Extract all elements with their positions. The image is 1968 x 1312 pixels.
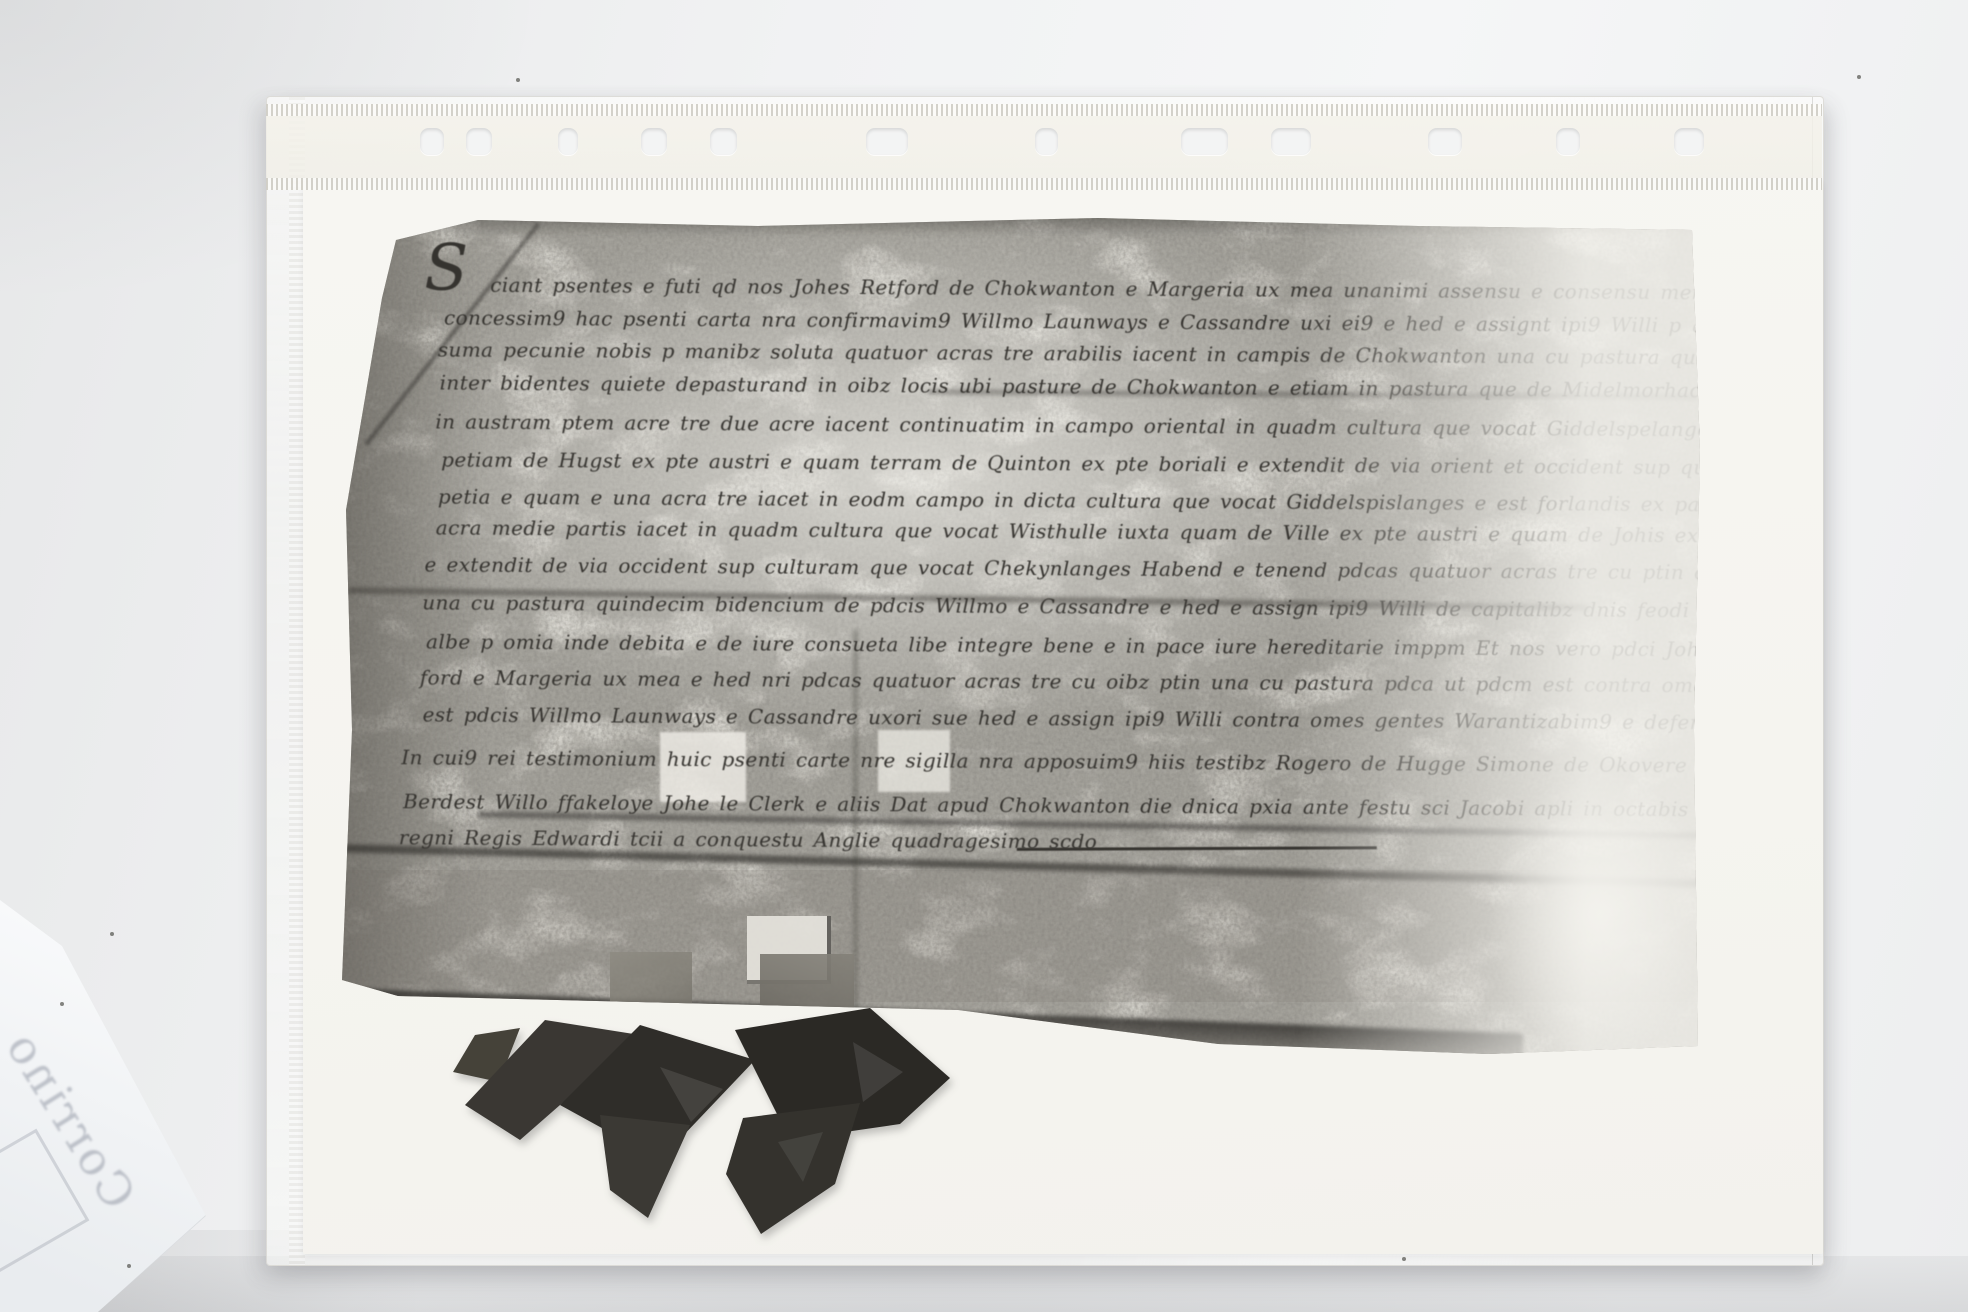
punch-hole	[558, 128, 578, 155]
photostat-photo: S ciant psentes e futi qd nos Johes Retf…	[303, 182, 1823, 1254]
text-line: concessim9 hac psenti carta nra confirma…	[444, 305, 1775, 337]
text-line: albe p omia inde debita e de iure consue…	[426, 629, 1769, 661]
text-line: e extendit de via occident sup culturam …	[424, 552, 1756, 584]
dust-speck	[1857, 75, 1861, 79]
text-line: regni Regis Edwardi tcii a conquestu Ang…	[399, 825, 1097, 853]
text-line: petia e quam e una acra tre iacet in eod…	[438, 484, 1830, 517]
weld-seam-bottom	[266, 178, 1822, 190]
text-line: est pdcis Willmo Launways e Cassandre ux…	[423, 702, 1761, 734]
illuminated-initial: S	[424, 236, 468, 300]
text-line: ciant psentes e futi qd nos Johes Retfor…	[490, 273, 1786, 305]
punch-hole	[641, 128, 667, 155]
text-line: inter bidentes quiete depasturand in oib…	[440, 370, 1724, 402]
punch-hole	[1271, 128, 1311, 155]
charter-image: S ciant psentes e futi qd nos Johes Retf…	[338, 210, 1710, 1090]
punch-hole	[1181, 128, 1228, 155]
line-filler-stroke	[1017, 846, 1377, 851]
dust-speck	[127, 1264, 131, 1268]
punch-hole	[866, 128, 908, 155]
seal-tag-left	[453, 1020, 755, 1218]
dust-speck	[516, 78, 520, 82]
punch-hole	[1556, 128, 1580, 155]
photograph-of-document: Corrino	[0, 0, 1968, 1312]
text-line: petiam de Hugst ex pte austri e quam ter…	[441, 447, 1798, 479]
seal-tags	[423, 972, 983, 1242]
punch-hole	[466, 128, 492, 155]
punch-hole	[710, 128, 737, 155]
punch-hole	[1428, 128, 1462, 155]
text-line: acra medie partis iacet in quadm cultura…	[436, 515, 1821, 547]
text-line: suma pecunie nobis p manibz soluta quatu…	[438, 337, 1780, 369]
dust-speck	[1402, 1257, 1406, 1261]
dust-speck	[60, 1002, 64, 1006]
text-line: una cu pastura quindecim bidencium de pd…	[422, 590, 1689, 622]
text-line: ford e Margeria ux mea e hed nri pdcas q…	[420, 665, 1717, 697]
dust-speck	[110, 932, 114, 936]
punch-hole	[1035, 128, 1058, 155]
charter-text: S ciant psentes e futi qd nos Johes Retf…	[335, 206, 1712, 1094]
text-line: in austram ptem acre tre due acre iacent…	[435, 409, 1849, 442]
weld-seam-top	[266, 104, 1822, 116]
text-line: Berdest Willo ffakeloye Johe le Clerk e …	[403, 789, 1744, 821]
punch-hole	[1674, 128, 1704, 155]
punch-hole	[420, 128, 444, 155]
seal-tag-right	[726, 1008, 950, 1234]
text-line: In cui9 rei testimonium huic psenti cart…	[401, 745, 1768, 777]
